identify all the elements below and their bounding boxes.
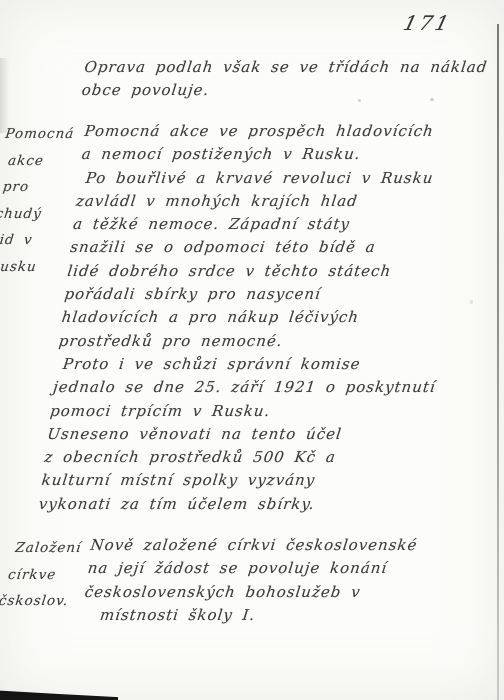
handwritten-line: pomoci trpícím v Rusku. [49, 400, 434, 423]
page-number: 171 [401, 11, 454, 35]
handwritten-line: místnosti školy I. [81, 604, 411, 627]
handwritten-line: československých bohoslužeb v [83, 581, 413, 604]
margin-note-line: lid v [0, 227, 63, 254]
margin-note-church-founding: Založení církve čskoslov. [0, 535, 83, 615]
margin-note-line: čskoslov. [0, 588, 76, 615]
handwritten-line: Usneseno věnovati na tento účel [46, 423, 431, 446]
handwritten-line: jednalo se dne 25. září 1921 o poskytnut… [52, 376, 437, 399]
margin-note-line: Založení [4, 535, 83, 562]
scan-corner-artifact [0, 688, 118, 700]
page-edge-line [497, 24, 499, 700]
handwritten-line: hladovících a pro nákup léčivých [60, 306, 445, 329]
handwritten-line: lidé dobrého srdce v těchto státech [66, 260, 451, 283]
scanned-chronicle-page: 171 Oprava podlah však se ve třídách na … [0, 0, 504, 700]
margin-note-line: akce [0, 148, 72, 175]
paragraph-floor-repair: Oprava podlah však se ve třídách na nákl… [80, 56, 489, 103]
margin-note-line: pro [0, 174, 69, 201]
margin-note-line: Rusku [0, 254, 60, 281]
handwritten-line: kulturní místní spolky vyzvány [40, 469, 425, 492]
handwritten-line: a těžké nemoce. Západní státy [72, 213, 457, 236]
handwritten-line: Nově založené církvi československé [89, 534, 419, 557]
handwritten-line: Proto i ve schůzi správní komise [55, 353, 440, 376]
handwritten-line: prostředků pro nemocné. [57, 330, 442, 353]
paragraph-aid-russia: Pomocná akce ve prospěch hladovících a n… [37, 120, 468, 516]
handwritten-line: a nemocí postižených v Rusku. [80, 143, 465, 166]
handwritten-line: obce povoluje. [80, 79, 486, 102]
handwritten-line: Po bouřlivé a krvavé revoluci v Rusku [77, 167, 462, 190]
handwritten-line: z obecních prostředků 500 Kč a [43, 446, 428, 469]
scan-speck [430, 98, 434, 101]
margin-note-line: chudý [0, 201, 66, 228]
handwritten-line: Oprava podlah však se ve třídách na nákl… [83, 56, 489, 79]
handwritten-line: na její žádost se povoluje konání [86, 557, 416, 580]
scan-speck [470, 300, 473, 304]
margin-note-aid-russia: Pomocná akce pro chudý lid v Rusku [0, 121, 76, 280]
margin-note-line: Pomocná [4, 121, 76, 148]
handwritten-line: pořádali sbírky pro nasycení [63, 283, 448, 306]
handwritten-line: snažili se o odpomoci této bídě a [69, 236, 454, 259]
handwritten-line: zavládl v mnohých krajích hlad [75, 190, 460, 213]
scan-smudge [0, 58, 9, 133]
handwritten-line: Pomocná akce ve prospěch hladovících [83, 120, 468, 143]
paragraph-church-founding: Nově založené církvi československé na j… [81, 534, 419, 627]
margin-note-line: církve [0, 562, 79, 589]
handwritten-line: vykonati za tím účelem sbírky. [37, 493, 422, 516]
scan-speck [358, 99, 361, 102]
